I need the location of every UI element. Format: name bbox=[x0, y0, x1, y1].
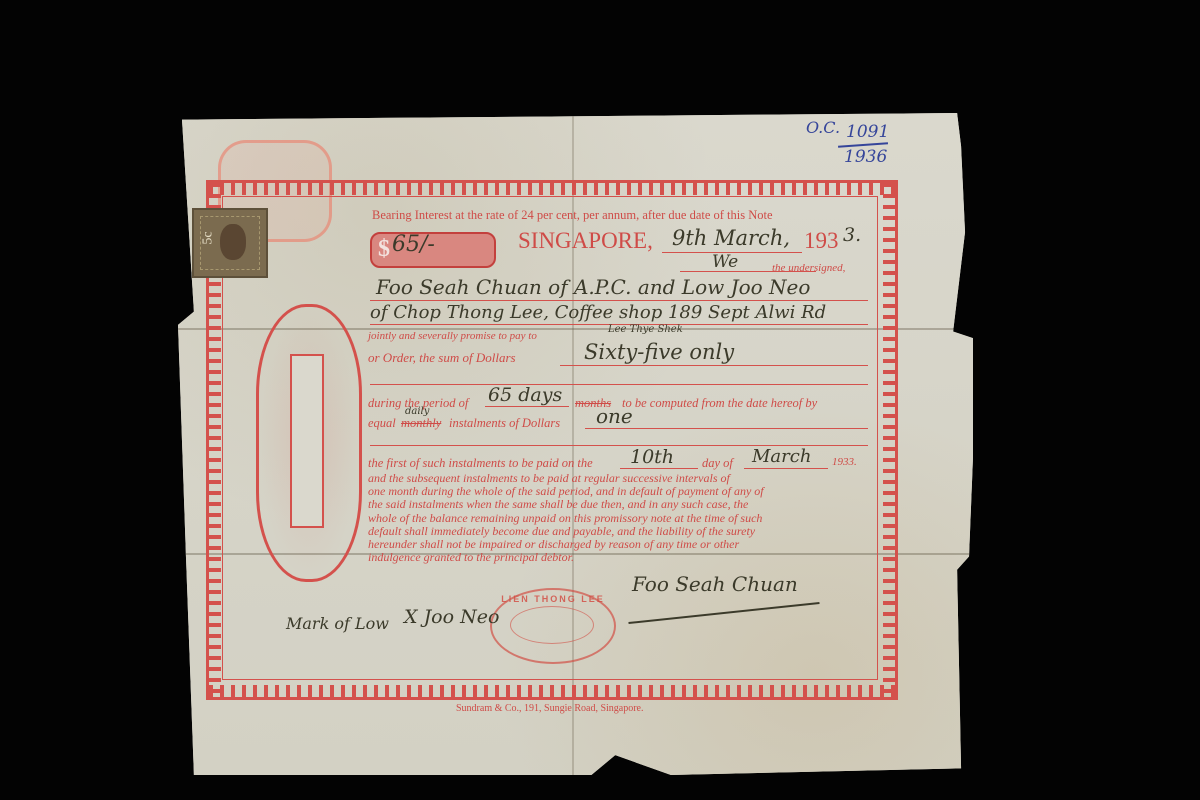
day-of-label: day of bbox=[702, 456, 733, 471]
debtor-names-line2: of Chop Thong Lee, Coffee shop 189 Sept … bbox=[370, 302, 826, 323]
first-day-line bbox=[620, 468, 698, 469]
signature: Foo Seah Chuan bbox=[632, 572, 798, 596]
chop-inner-ring bbox=[510, 606, 594, 644]
first-year: 1933. bbox=[832, 456, 857, 468]
order-clause: or Order, the sum of Dollars bbox=[368, 350, 516, 366]
instalment-line bbox=[585, 428, 868, 429]
mark-name: X Joo Neo bbox=[404, 606, 499, 628]
amount-handwritten: 65/- bbox=[392, 232, 435, 257]
instalment-clause: instalments of Dollars bbox=[449, 416, 560, 431]
first-day-handwritten: 10th bbox=[630, 446, 674, 468]
terms-line: indulgence granted to the principal debt… bbox=[368, 551, 868, 564]
stamp-portrait-icon bbox=[220, 224, 246, 260]
period-handwritten: 65 days bbox=[488, 384, 562, 406]
sum-handwritten: Sixty-five only bbox=[584, 340, 734, 364]
names-line-1 bbox=[370, 300, 868, 301]
terms-line: the said instalments when the same shall… bbox=[368, 498, 868, 511]
promise-clause: jointly and severally promise to pay to bbox=[368, 330, 537, 342]
first-month-handwritten: March bbox=[752, 446, 811, 467]
equal-label: equal bbox=[368, 416, 396, 431]
terms-line: whole of the balance remaining unpaid on… bbox=[368, 512, 868, 525]
cartouche-panel bbox=[290, 354, 324, 528]
period-line bbox=[485, 406, 569, 407]
company-chop-seal: LIEN THONG LEE bbox=[490, 588, 616, 664]
sum-line bbox=[560, 365, 868, 366]
date-handwritten: 9th March, bbox=[672, 226, 790, 250]
dollar-symbol: $ bbox=[378, 236, 390, 263]
period-clause-b: to be computed from the date hereof by bbox=[622, 396, 817, 411]
terms-paragraph: and the subsequent instalments to be pai… bbox=[368, 472, 868, 564]
payee-handwritten: Lee Thye Shek bbox=[608, 324, 683, 335]
year-printed: 193 bbox=[804, 228, 839, 254]
city-label: SINGAPORE, bbox=[518, 228, 653, 254]
revenue-stamp: 5c bbox=[192, 208, 268, 278]
blank-line bbox=[370, 384, 868, 385]
year-handwritten: 3. bbox=[843, 224, 861, 246]
first-instalment-clause: the first of such instalments to be paid… bbox=[368, 456, 593, 471]
mark-label: Mark of Low bbox=[286, 614, 389, 633]
we-handwritten: We bbox=[712, 252, 738, 272]
archive-ref-prefix: O.C. bbox=[806, 118, 840, 137]
chop-text: LIEN THONG LEE bbox=[492, 594, 614, 604]
first-month-line bbox=[744, 468, 828, 469]
instalment-handwritten: one bbox=[596, 404, 633, 428]
equal-struck-word: monthly bbox=[401, 416, 441, 431]
undersigned-label: the undersigned, bbox=[772, 262, 845, 274]
stamp-value: 5c bbox=[201, 231, 217, 244]
printer-imprint: Sundram & Co., 191, Sungie Road, Singapo… bbox=[456, 703, 644, 714]
debtor-names-line1: Foo Seah Chuan of A.P.C. and Low Joo Neo bbox=[376, 275, 810, 299]
archive-ref-number: 1091 bbox=[846, 122, 889, 142]
archive-ref-year: 1936 bbox=[844, 147, 887, 167]
interest-clause: Bearing Interest at the rate of 24 per c… bbox=[372, 208, 773, 223]
